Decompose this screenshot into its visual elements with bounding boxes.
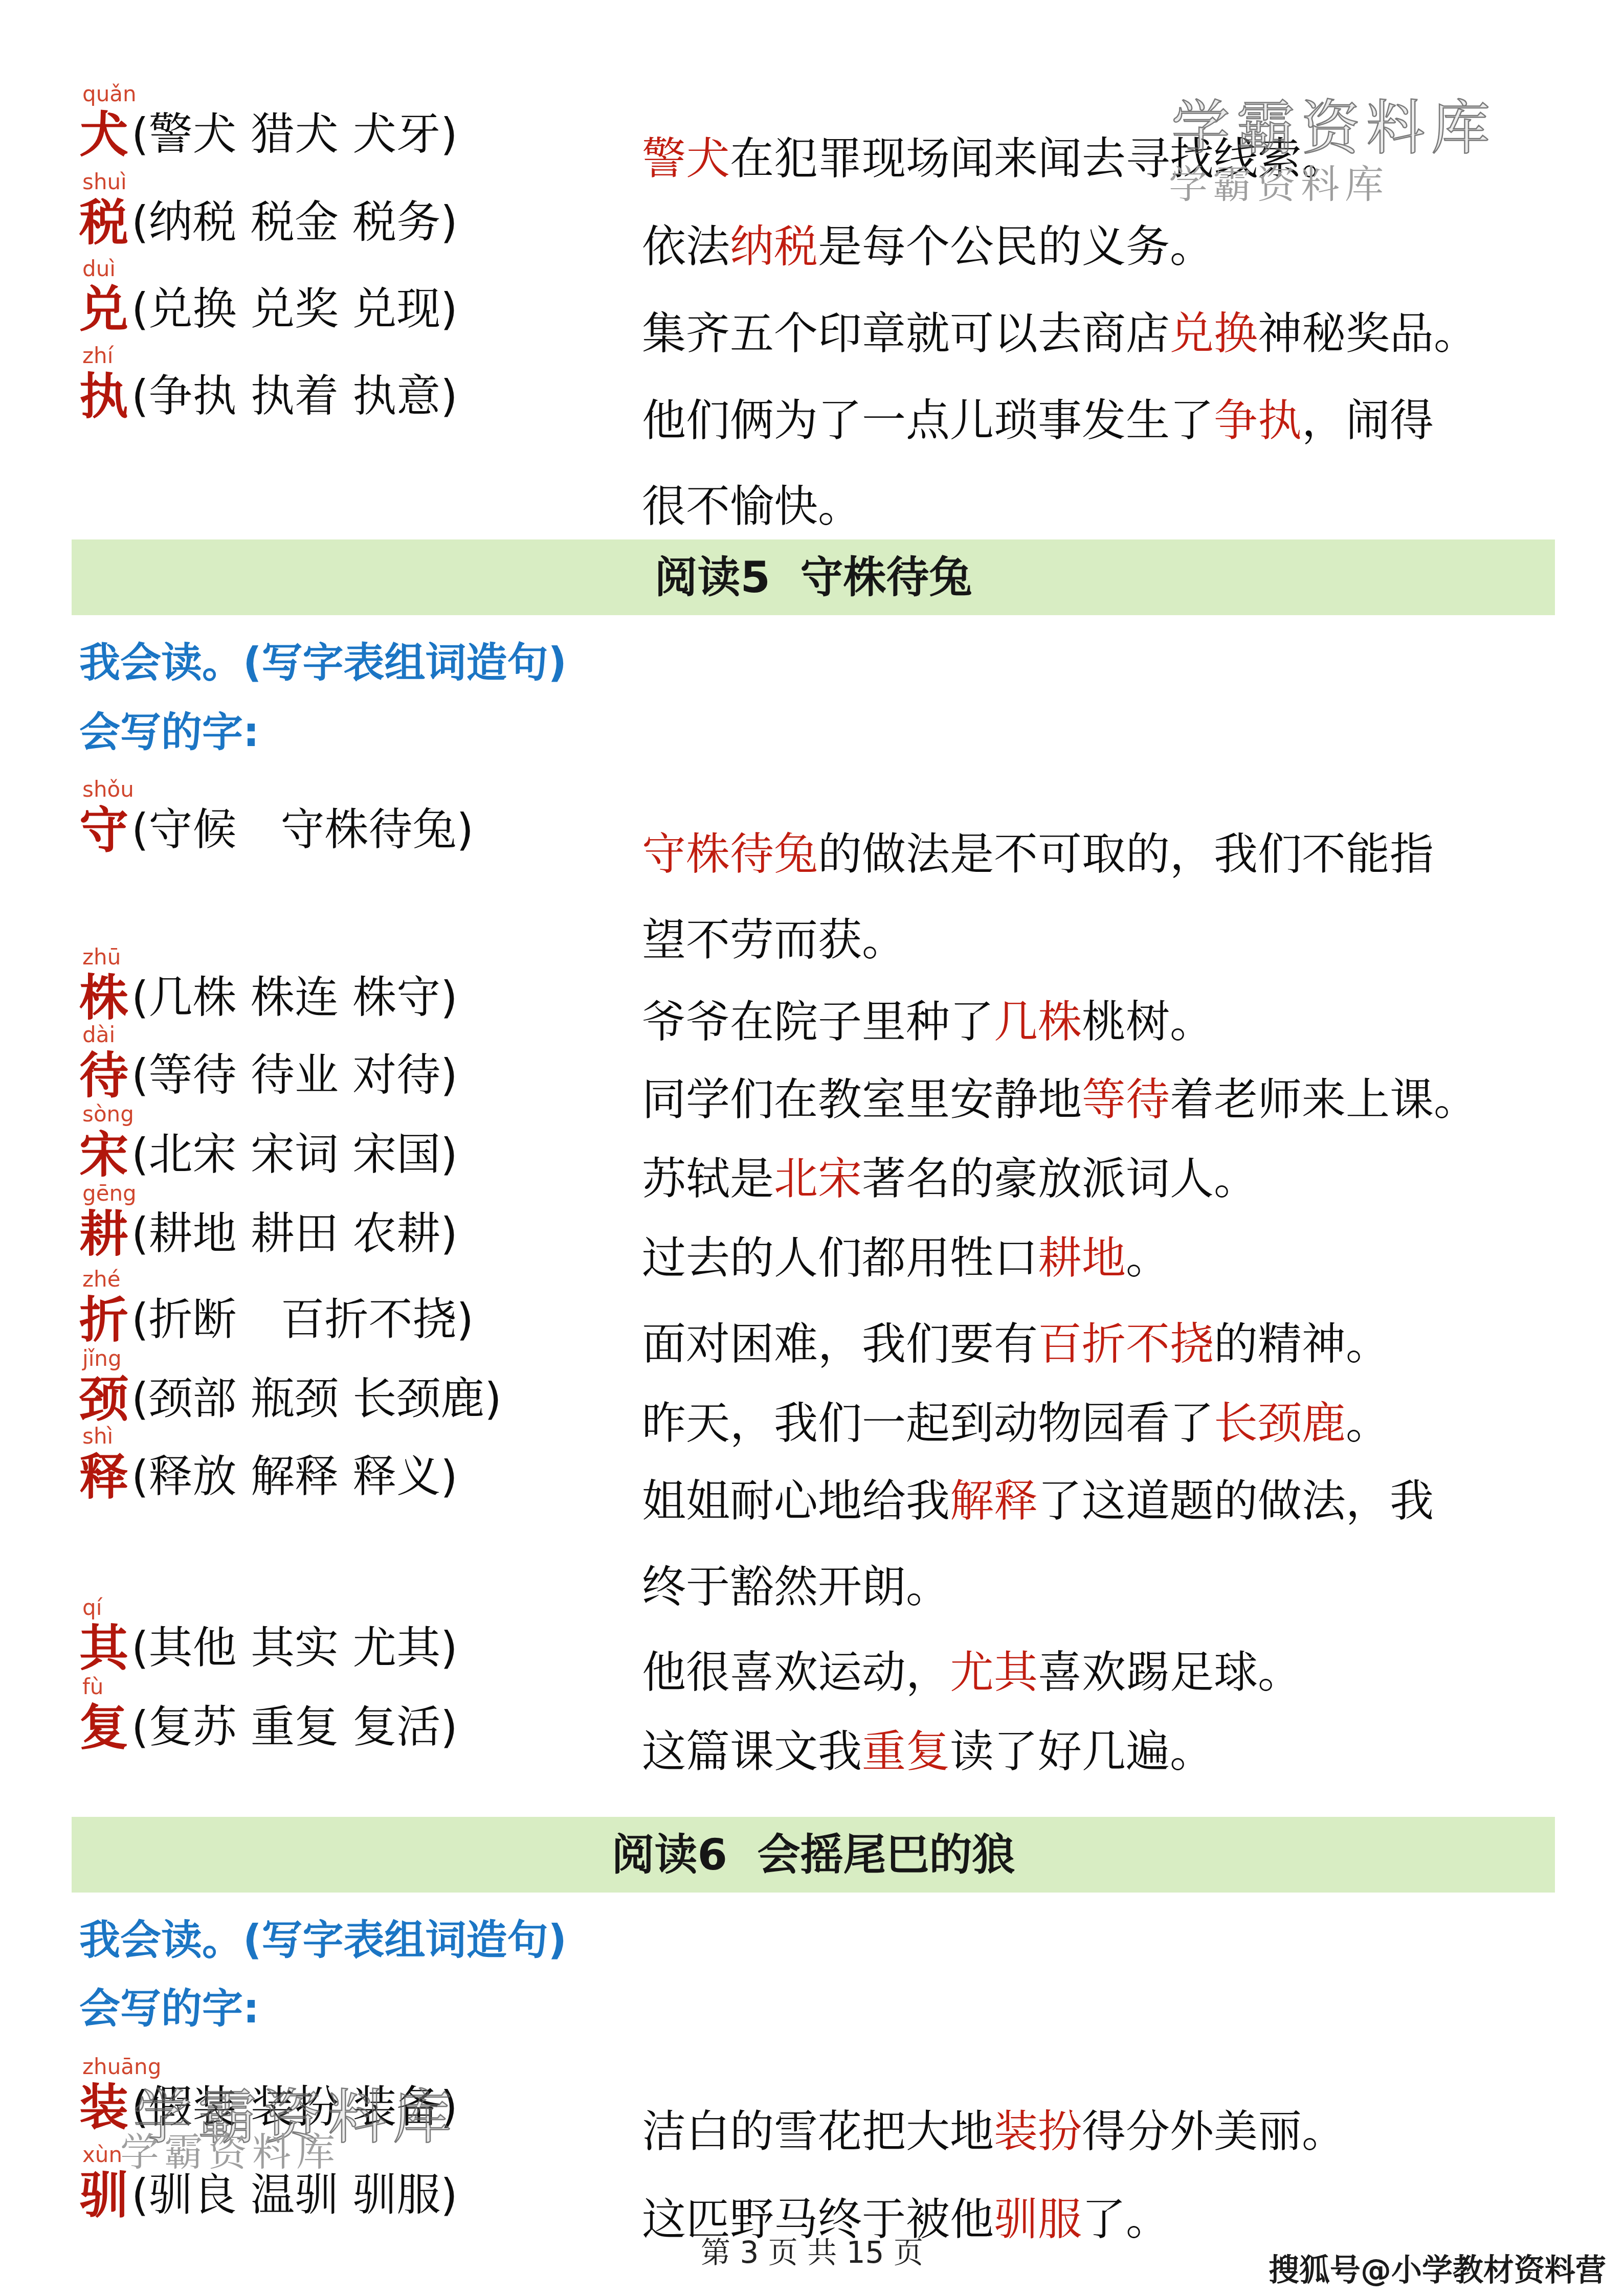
pinyin-label: gēng (82, 1181, 1581, 1206)
pinyin-label: dài (82, 1023, 1581, 1047)
section-banner: 阅读5 守株待兔 (72, 539, 1555, 615)
headword-character: 执 (79, 368, 131, 424)
vocab-row: jǐng 颈 (颈部 瓶颈 长颈鹿) 昨天，我们一起到动物园看了长颈鹿。 (79, 1346, 1581, 1427)
watermark-text: 学霸资料库 (1169, 153, 1389, 209)
headword-character: 耕 (79, 1206, 131, 1262)
pinyin-label: qí (82, 1595, 1581, 1620)
word-list: (释放 解释 释义) (131, 1449, 458, 1505)
vocab-row: zhé 折 (折断 百折不挠) 面对困难，我们要有百折不挠的精神。 (79, 1267, 1581, 1348)
pinyin-label: sòng (82, 1102, 1581, 1127)
section-banner: 阅读6 会摇尾巴的狼 (72, 1817, 1555, 1893)
word-list: (警犬 猎犬 犬牙) (131, 106, 458, 163)
word-list: (兑换 兑奖 兑现) (131, 281, 458, 337)
headword-character: 释 (79, 1449, 131, 1505)
word-list: (纳税 税金 税务) (131, 194, 458, 251)
vocab-row: zhí 执 (争执 执着 执意) 他们俩为了一点儿琐事发生了争执，闹得 很不愉快… (79, 344, 1581, 424)
vocab-row: duì 兑 (兑换 兑奖 兑现) 集齐五个印章就可以去商店兑换神秘奖品。 (79, 257, 1581, 337)
word-list: (等待 待业 对待) (131, 1047, 458, 1104)
vocab-row: qí 其 (其他 其实 尤其) 他很喜欢运动，尤其喜欢踢足球。 (79, 1595, 1581, 1676)
watermark-text: 学霸资料库 (1171, 81, 1496, 165)
headword-character: 折 (79, 1292, 131, 1348)
headword-character: 待 (79, 1047, 131, 1104)
headword-character: 颈 (79, 1371, 131, 1427)
pinyin-label: jǐng (82, 1346, 1581, 1371)
vocab-row: fù 复 (复苏 重复 复活) 这篇课文我重复读了好几遍。 (79, 1675, 1581, 1755)
vocab-row: shǒu 守 (守候 守株待兔) 守株待兔的做法是不可取的，我们不能指 望不劳而… (79, 777, 1581, 858)
vocab-row: dài 待 (等待 待业 对待) 同学们在教室里安静地等待着老师来上课。 (79, 1023, 1581, 1104)
pinyin-label: fù (82, 1675, 1581, 1699)
vocab-row: zhū 株 (几株 株连 株守) 爷爷在院子里种了几株桃树。 (79, 945, 1581, 1026)
word-list: (几株 株连 株守) (131, 970, 458, 1026)
pinyin-label: zhí (82, 344, 1581, 368)
vocab-row: gēng 耕 (耕地 耕田 农耕) 过去的人们都用牲口耕地。 (79, 1181, 1581, 1262)
example-sentence: 他们俩为了一点儿琐事发生了争执，闹得 很不愉快。 (642, 378, 1581, 550)
source-credit: 搜狐号@小学教材资料营 (1269, 2246, 1606, 2290)
instruction-write: 会写的字: (79, 708, 259, 757)
vocab-row: shì 释 (释放 解释 释义) 姐姐耐心地给我解释了这道题的做法，我 终于豁然… (79, 1424, 1581, 1505)
instruction-read: 我会读。(写字表组词造句) (79, 1916, 567, 1965)
word-list: (守候 守株待兔) (131, 802, 474, 858)
pinyin-label: shì (82, 1424, 1581, 1449)
word-list: (复苏 重复 复活) (131, 1699, 458, 1755)
pinyin-label: zhū (82, 945, 1581, 970)
worksheet-page: quǎn 犬 (警犬 猎犬 犬牙) 警犬在犯罪现场闻来闻去寻找线索。 shuì … (0, 0, 1624, 2296)
headword-character: 兑 (79, 281, 131, 337)
headword-character: 宋 (79, 1127, 131, 1183)
word-list: (颈部 瓶颈 长颈鹿) (131, 1371, 502, 1427)
vocab-row: sòng 宋 (北宋 宋词 宋国) 苏轼是北宋著名的豪放派词人。 (79, 1102, 1581, 1183)
pinyin-label: shǒu (82, 777, 1581, 802)
headword-character: 复 (79, 1699, 131, 1755)
headword-character: 株 (79, 970, 131, 1026)
word-list: (折断 百折不挠) (131, 1292, 474, 1348)
instruction-read: 我会读。(写字表组词造句) (79, 638, 567, 687)
headword-character: 犬 (79, 106, 131, 163)
headword-character: 守 (79, 802, 131, 858)
watermark-text: 学霸资料库 (120, 2121, 340, 2177)
word-list: (争执 执着 执意) (131, 368, 458, 424)
example-sentence: 这篇课文我重复读了好几遍。 (642, 1709, 1581, 1795)
headword-character: 其 (79, 1620, 131, 1676)
word-list: (北宋 宋词 宋国) (131, 1127, 458, 1183)
word-list: (耕地 耕田 农耕) (131, 1206, 458, 1262)
headword-character: 税 (79, 194, 131, 251)
pinyin-label: zhé (82, 1267, 1581, 1292)
pinyin-label: duì (82, 257, 1581, 281)
instruction-write: 会写的字: (79, 1984, 259, 2033)
word-list: (其他 其实 尤其) (131, 1620, 458, 1676)
